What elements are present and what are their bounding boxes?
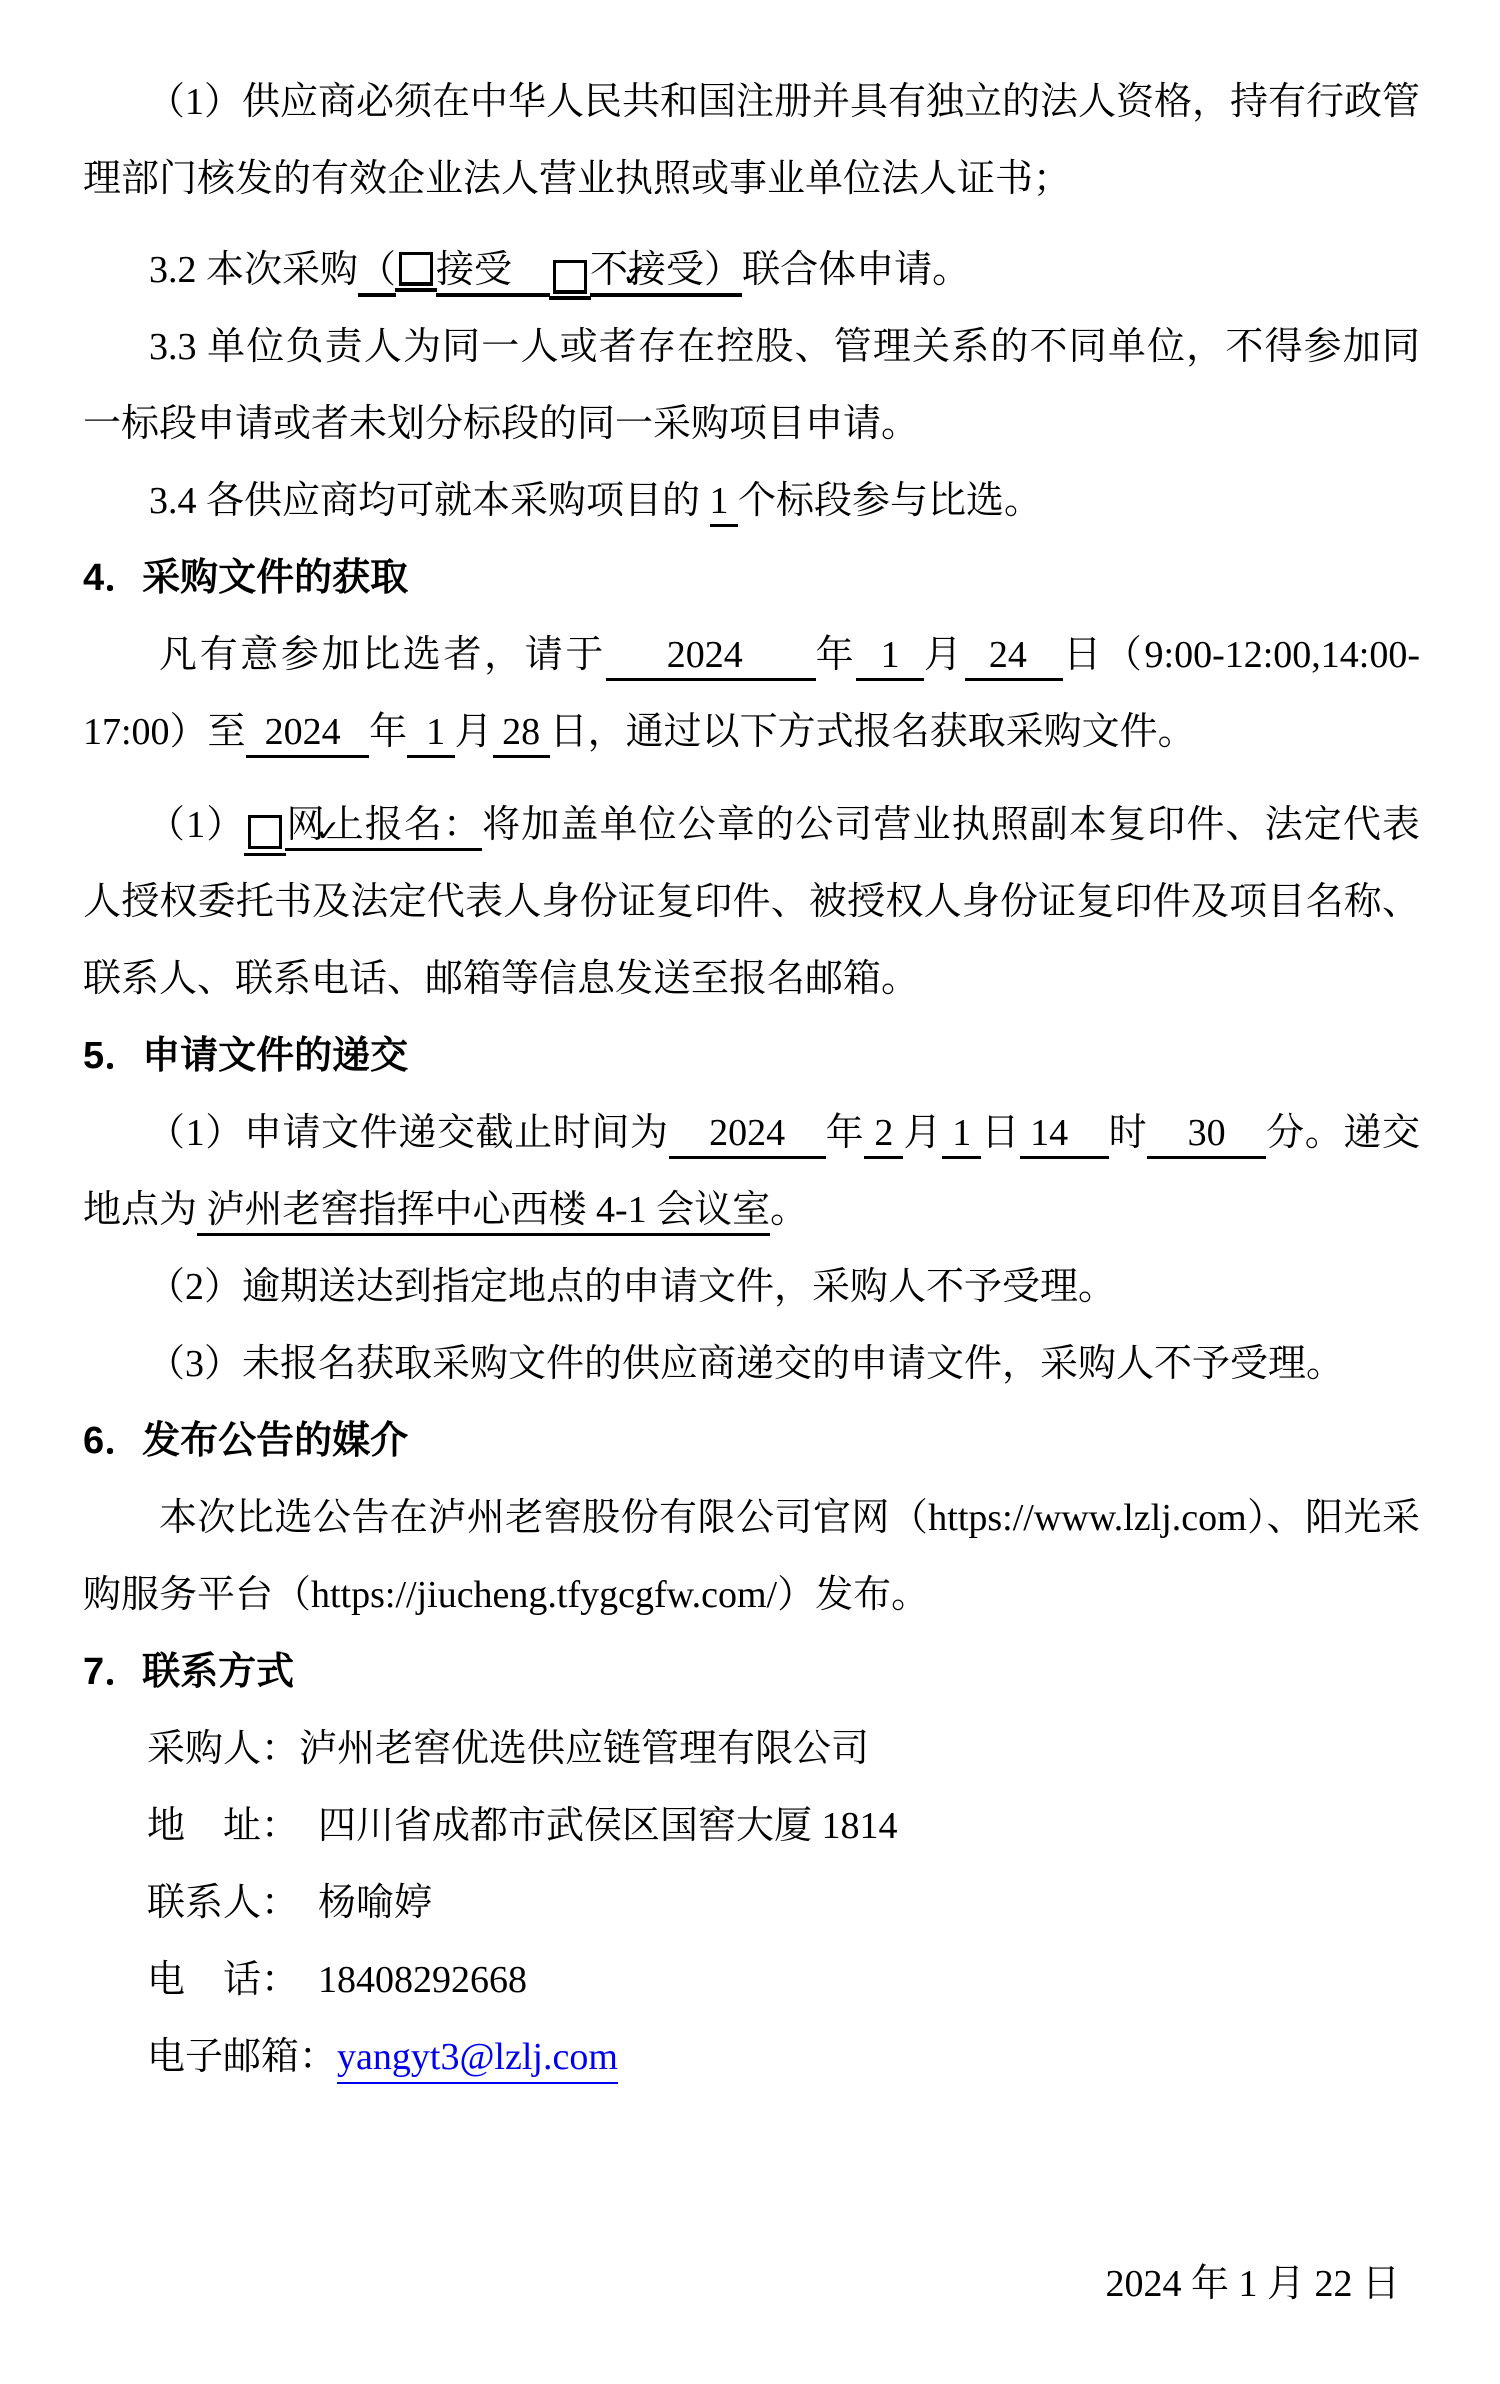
text-run: 年 <box>816 634 857 676</box>
text-run: 3.2 本次采购 <box>149 249 358 291</box>
online-signup-checkbox-checked-icon: ✓ <box>248 815 282 849</box>
text-run: 联合体申请。 <box>742 249 970 291</box>
text-run: 。 <box>770 1189 808 1231</box>
procurement-notice-page: （1）供应商必须在中华人民共和国注册并具有独立的法人资格，持有行政管理部门核发的… <box>0 0 1500 2384</box>
delivery-location-blank: 泸州老窖指挥中心西楼 4-1 会议室 <box>197 1189 770 1236</box>
document-date: 2024 年 1 月 22 日 <box>83 2246 1420 2323</box>
deadline-minute-blank: 30 <box>1147 1112 1266 1159</box>
deadline-month-blank: 2 <box>864 1112 903 1159</box>
text-run: 年 <box>369 711 407 753</box>
lot-count-blank: 1 <box>710 480 739 527</box>
text-run: 月 <box>903 1112 942 1154</box>
text-run: 3.4 各供应商均可就本采购项目的 <box>149 480 710 522</box>
not-accept-checkbox-checked-icon: ✓ <box>553 260 587 294</box>
section-heading-5-application-submission: 5．申请文件的递交 <box>83 1018 1420 1095</box>
start-month-blank: 1 <box>856 634 924 681</box>
text-run: 凡有意参加比选者，请于 <box>159 634 606 676</box>
text-run: 年 <box>826 1112 865 1154</box>
end-month-blank: 1 <box>407 711 455 758</box>
text-run: 日，通过以下方式报名获取采购文件。 <box>550 711 1196 753</box>
text-run: （1） <box>147 804 245 846</box>
section-heading-4-document-acquisition: 4．采购文件的获取 <box>83 540 1420 617</box>
clause-1-supplier-qualification: （1）供应商必须在中华人民共和国注册并具有独立的法人资格，持有行政管理部门核发的… <box>83 64 1420 218</box>
text-run: 不接受） <box>590 249 742 297</box>
end-day-blank: 28 <box>493 711 550 758</box>
contact-person: 联系人： 杨喻婷 <box>83 1865 1420 1942</box>
text-run: 将加盖单位公章的公司营业执照副本复印件、法定代表人授权委托书及法定代表人身份证复… <box>83 804 1420 1000</box>
text-run: （1）申请文件递交截止时间为 <box>147 1112 669 1154</box>
start-year-blank: 2024 <box>606 634 816 681</box>
text-run: 接受 <box>436 249 550 297</box>
start-day-blank: 24 <box>965 634 1064 681</box>
text-run: 日 <box>981 1112 1020 1154</box>
email-link[interactable]: yangyt3@lzlj.com <box>337 2036 618 2084</box>
text-run: 月 <box>924 634 965 676</box>
deadline-year-blank: 2024 <box>669 1112 826 1159</box>
para-4-acquisition-schedule: 凡有意参加比选者，请于 2024 年 1 月 24 日（9:00-12:00,1… <box>83 617 1420 771</box>
text-run: 时 <box>1109 1112 1148 1154</box>
text-run: （ <box>358 249 396 297</box>
clause-3-4-lot-participation: 3.4 各供应商均可就本采购项目的 1 个标段参与比选。 <box>83 463 1420 540</box>
deadline-day-blank: 1 <box>942 1112 981 1159</box>
section-heading-6-announcement-media: 6．发布公告的媒介 <box>83 1403 1420 1480</box>
contact-email: 电子邮箱：yangyt3@lzlj.com <box>83 2019 1420 2096</box>
para-4-1-online-registration: （1）✓网上报名：将加盖单位公章的公司营业执照副本复印件、法定代表人授权委托书及… <box>83 787 1420 1018</box>
para-5-1-submission-deadline: （1）申请文件递交截止时间为 2024 年 2 月 1 日 14 时 30 分。… <box>83 1095 1420 1249</box>
para-5-3-unregistered-supplier: （3）未报名获取采购文件的供应商递交的申请文件，采购人不予受理。 <box>83 1326 1420 1403</box>
section-heading-7-contact-info: 7．联系方式 <box>83 1634 1420 1711</box>
para-5-2-late-delivery: （2）逾期送达到指定地点的申请文件，采购人不予受理。 <box>83 1249 1420 1326</box>
para-6-announcement-websites: 本次比选公告在泸州老窖股份有限公司官网（https://www.lzlj.com… <box>83 1480 1420 1634</box>
text-run: 电子邮箱： <box>147 2036 337 2078</box>
deadline-hour-blank: 14 <box>1020 1112 1109 1159</box>
clause-3-3-same-controller: 3.3 单位负责人为同一人或者存在控股、管理关系的不同单位，不得参加同一标段申请… <box>83 309 1420 463</box>
contact-buyer: 采购人：泸州老窖优选供应链管理有限公司 <box>83 1711 1420 1788</box>
text-run: 月 <box>455 711 493 753</box>
text-run: 个标段参与比选。 <box>738 480 1042 522</box>
contact-phone: 电 话： 18408292668 <box>83 1942 1420 2019</box>
clause-3-2-consortium: 3.2 本次采购（接受 ✓不接受）联合体申请。 <box>83 232 1420 309</box>
contact-address: 地 址： 四川省成都市武侯区国窖大厦 1814 <box>83 1788 1420 1865</box>
end-year-blank: 2024 <box>246 711 370 758</box>
accept-checkbox-unchecked-icon <box>399 252 433 286</box>
